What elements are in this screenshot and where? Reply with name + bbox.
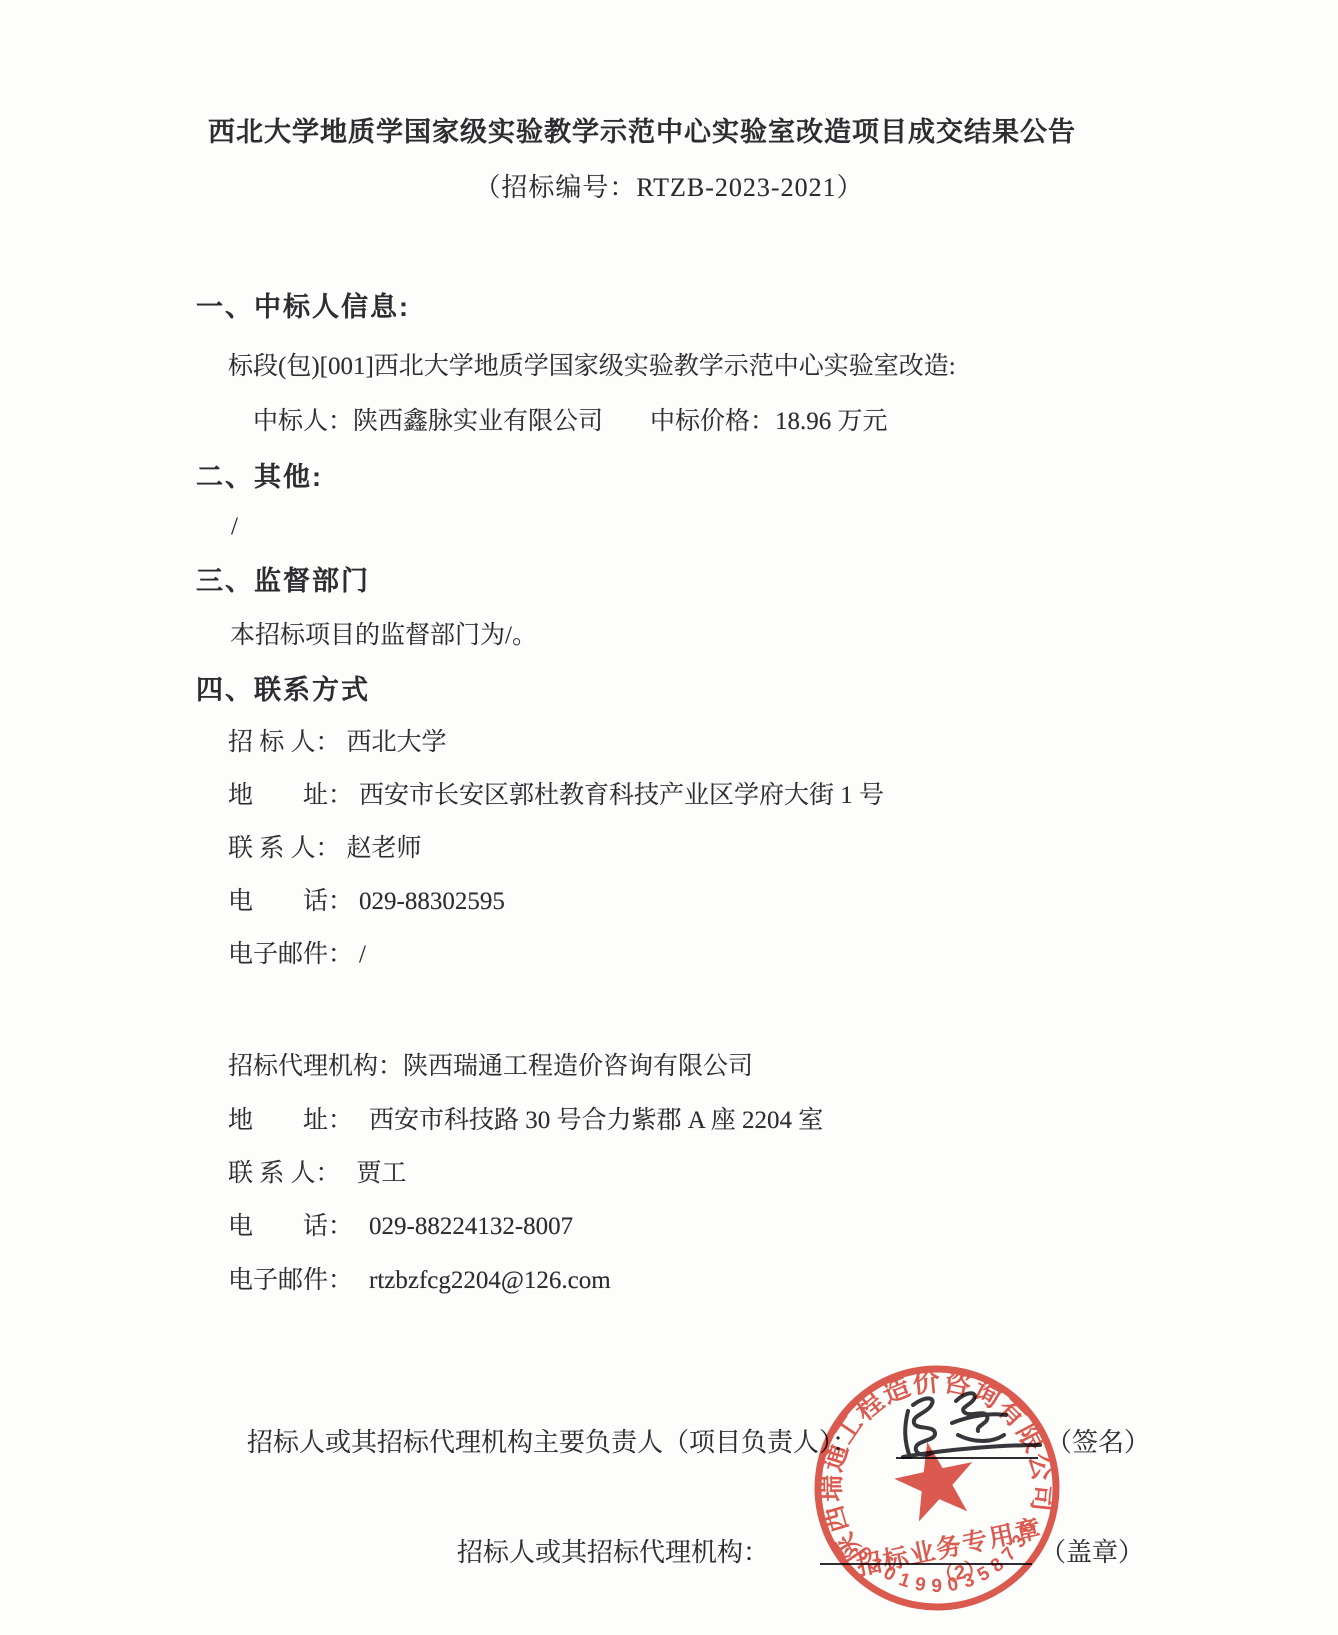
org-label: 招标人或其招标代理机构： bbox=[457, 1537, 769, 1568]
responsible-person-label: 招标人或其招标代理机构主要负责人（项目负责人）： bbox=[247, 1427, 858, 1458]
row-value: 贾工 bbox=[341, 1160, 407, 1187]
agency-intro-row: 招标代理机构：陕西瑞通工程造价咨询有限公司 bbox=[228, 1052, 753, 1082]
page-title: 西北大学地质学国家级实验教学示范中心实验室改造项目成交结果公告 bbox=[0, 116, 1284, 148]
agency-row: 电子邮件：rtzbzfcg2204@126.com bbox=[228, 1266, 611, 1296]
tenderer-row: 联 系 人：赵老师 bbox=[228, 834, 422, 864]
row-label: 招 标 人： bbox=[228, 729, 341, 756]
agency-row: 联 系 人：贾工 bbox=[228, 1159, 407, 1189]
tenderer-row: 招 标 人：西北大学 bbox=[228, 728, 447, 758]
row-label: 地 址： bbox=[228, 1107, 353, 1134]
row-value: 赵老师 bbox=[341, 835, 422, 862]
section3-heading: 三、监督部门 bbox=[196, 565, 370, 597]
tenderer-row: 电 话：029-88302595 bbox=[228, 887, 505, 917]
row-label: 联 系 人： bbox=[228, 1160, 341, 1187]
section3-content: 本招标项目的监督部门为/。 bbox=[230, 621, 537, 651]
price-label: 中标价格： bbox=[650, 408, 775, 435]
row-label: 电子邮件： bbox=[228, 941, 353, 968]
agency-row: 电 话：029-88224132-8007 bbox=[228, 1212, 573, 1242]
section2-heading: 二、其他: bbox=[196, 461, 323, 493]
agency-row: 地 址：西安市科技路 30 号合力紫郡 A 座 2204 室 bbox=[228, 1106, 823, 1136]
document-page: 西北大学地质学国家级实验教学示范中心实验室改造项目成交结果公告 （招标编号：RT… bbox=[0, 0, 1338, 1635]
tenderer-row: 电子邮件：/ bbox=[228, 940, 366, 970]
row-value: 029-88302595 bbox=[353, 888, 505, 915]
row-label: 电子邮件： bbox=[228, 1267, 353, 1294]
row-value: rtzbzfcg2204@126.com bbox=[353, 1267, 611, 1294]
row-label: 电 话： bbox=[228, 888, 353, 915]
row-label: 招标代理机构： bbox=[228, 1053, 403, 1080]
row-value: 西北大学 bbox=[341, 729, 447, 756]
row-label: 电 话： bbox=[228, 1213, 353, 1240]
row-label: 地 址： bbox=[228, 782, 353, 809]
tenderer-row: 地 址：西安市长安区郭杜教育科技产业区学府大街 1 号 bbox=[228, 781, 884, 811]
price-value: 18.96 万元 bbox=[775, 408, 888, 435]
section1-heading: 一、中标人信息: bbox=[196, 291, 410, 323]
row-value: 029-88224132-8007 bbox=[353, 1213, 573, 1240]
winner-label: 中标人： bbox=[253, 408, 353, 435]
section4-heading: 四、联系方式 bbox=[196, 674, 370, 706]
section2-content: / bbox=[231, 512, 238, 542]
winner-line: 中标人：陕西鑫脉实业有限公司 bbox=[253, 407, 603, 437]
row-value: 陕西瑞通工程造价咨询有限公司 bbox=[403, 1053, 753, 1080]
row-value: 西安市长安区郭杜教育科技产业区学府大街 1 号 bbox=[353, 782, 884, 809]
price-line: 中标价格：18.96 万元 bbox=[650, 407, 888, 437]
row-label: 联 系 人： bbox=[228, 835, 341, 862]
company-seal-stamp: 陕西瑞通工程造价咨询有限公司 招标业务专用章 （2） 6101990358736 bbox=[782, 1333, 1092, 1635]
row-value: 西安市科技路 30 号合力紫郡 A 座 2204 室 bbox=[353, 1107, 823, 1134]
handwritten-signature bbox=[888, 1383, 1088, 1475]
winner-name: 陕西鑫脉实业有限公司 bbox=[353, 408, 603, 435]
row-value: / bbox=[353, 941, 366, 968]
tender-number-subtitle: （招标编号：RTZB-2023-2021） bbox=[0, 172, 1338, 203]
lot-line: 标段(包)[001]西北大学地质学国家级实验教学示范中心实验室改造: bbox=[228, 352, 956, 382]
